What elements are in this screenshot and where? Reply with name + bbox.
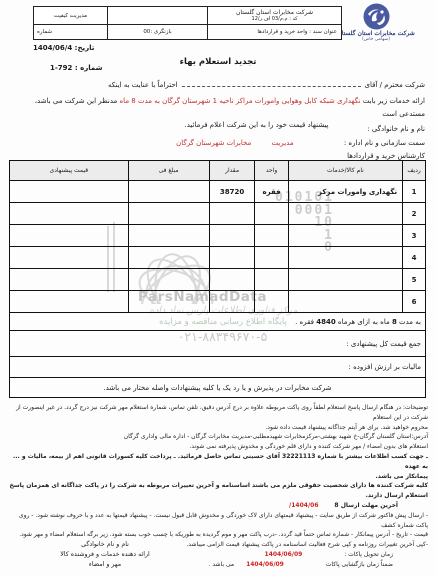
request-line: ارائه خدمات زیر بابت نگهداری شبکه کابل و… [10, 95, 425, 121]
blank-name-line [182, 86, 361, 87]
opening-suffix: می باشد . [209, 561, 235, 568]
row1-proposed-price [10, 181, 129, 203]
date-line: تاریخ: 1404/06/4 [33, 44, 94, 52]
signature-name-line: نام و نام خانوادگی [40, 540, 170, 550]
signature-provider-line: ارائه دهنده خدمات و فروشنده کالا [40, 550, 170, 560]
note-line: - ارسال پیش فاکتور شرکت از طریق سایت - پ… [6, 511, 428, 531]
items-table: ردیف نام کالا/خدمات واحد مقدار مبلغ فی ق… [9, 160, 426, 398]
table-header-row: ردیف نام کالا/خدمات واحد مقدار مبلغ فی ق… [10, 161, 426, 181]
table-row: 2 [10, 203, 426, 225]
opening-label: ضمناً زمان بازگشایی پاکات [326, 561, 393, 568]
row1-unit: فقره [255, 181, 288, 203]
deadline-line: آخرین مهلت ارسال 8 1404/06/ [6, 501, 428, 511]
document-header-box: شرکت مخابرات استان گلستان کد : م.م/03 اف… [33, 6, 342, 40]
deadline-date: 1404/06/ [289, 502, 318, 509]
col-item-name: نام کالا/خدمات [288, 161, 402, 181]
tci-logo-icon [363, 3, 390, 30]
period-note-row: به مدت 8 ماه به ازای هرماه 4840 فقره . [10, 313, 426, 331]
header-doc-code: کد : م.م/03 اف.ر/12 [252, 16, 298, 22]
header-doc-title: عنوان سند : واحد خرید و قراردادها [257, 29, 337, 35]
greeting-right: شرکت محترم / آقای [365, 81, 425, 89]
header-company-name: شرکت مخابرات استان گلستان [236, 9, 313, 16]
row6-number: 6 [403, 291, 426, 313]
table-row: 1 نگهداری وامورات مرکز فقره 38720 [10, 181, 426, 203]
logo-company-subtitle: (سهامی خاص) [328, 37, 424, 42]
rights-note-row: شرکت مخابرات در پذیرش و یا رد یک یا کلیه… [10, 378, 426, 398]
name-label: نام و نام خانوادگی : [176, 123, 425, 137]
items-table-wrap: ردیف نام کالا/خدمات واحد مقدار مبلغ فی ق… [9, 160, 426, 398]
table-row: 6 [10, 291, 426, 313]
period-months: 8 [392, 318, 397, 326]
letter-body: شرکت محترم / آقای احتراماً با عنایت به ا… [10, 81, 425, 129]
row4-number: 4 [403, 247, 426, 269]
delivery-date: 1404/06/09 [265, 551, 303, 558]
note-line: پیمانکار می باشد. [6, 472, 428, 482]
col-unit: واحد [255, 161, 288, 181]
inquiry-number-line: شماره : 792-1 [50, 64, 102, 72]
total-price-label: جمع قیمت کل پیشنهادی : [10, 331, 426, 357]
greeting-left: احتراماً با عنایت به اینکه [108, 81, 178, 89]
table-row: 3 [10, 225, 426, 247]
col-quantity: مقدار [209, 161, 255, 181]
period-note-p3: فقره . [295, 318, 314, 326]
delivery-label: زمان تحویل پاکات : [344, 551, 393, 558]
deadline-label: آخرین مهلت ارسال 8 [334, 502, 398, 509]
header-number-label: شماره [37, 29, 52, 35]
row3-number: 3 [403, 225, 426, 247]
row2-number: 2 [403, 203, 426, 225]
org-line: سمت سازمانی و نام اداره : مدیریت مخابرات… [176, 137, 425, 151]
note-line: محروم خواهید شد. برای هر آیتم جداگانه پی… [6, 423, 428, 433]
opening-date: 1404/06/09 [246, 561, 284, 568]
note-line: ـ جهت کسب اطلاعات بیشتر با شماره 3222111… [6, 452, 428, 472]
table-row: 5 [10, 269, 426, 291]
company-logo: شرکت مخابرات استان گلستان (سهامی خاص) [328, 3, 424, 42]
inquiry-document-page: 010101 0001 10 1 0 ParsNamadData مرکز فن… [0, 0, 436, 576]
period-note-p2: ماه به ازای هرماه [338, 318, 390, 326]
row1-qty: 38720 [209, 181, 255, 203]
row1-item: نگهداری وامورات مرکز [288, 181, 402, 203]
vat-row: مالیات بر ارزش افزوده : [10, 357, 426, 378]
note-line: استعلام های بدون امضاء / مهر شرکت کننده … [6, 442, 428, 452]
addressee-block: نام و نام خانوادگی : سمت سازمانی و نام ا… [176, 123, 425, 164]
org-value-management: مدیریت [272, 139, 294, 147]
header-revision: بازنگری :00 [143, 29, 171, 35]
date-label: تاریخ: [75, 44, 95, 52]
note-line: کلیه شرکت کننده ها دارای شخصیت حقوقی ملز… [6, 481, 428, 501]
org-label: سمت سازمانی و نام اداره : [344, 139, 425, 147]
rights-note: شرکت مخابرات در پذیرش و یا رد یک یا کلیه… [10, 378, 426, 398]
signature-stamp-line: مهر و امضاء [40, 560, 170, 570]
note-line: توضیحات: در هنگام ارسال پاسخ استعلام لطف… [6, 403, 428, 423]
period-note-p1: به مدت [399, 318, 421, 326]
col-row-number: ردیف [403, 161, 426, 181]
col-unit-price: مبلغ فی [128, 161, 209, 181]
row5-number: 5 [403, 269, 426, 291]
inquiry-number-value: 792-1 [50, 64, 72, 72]
total-price-row: جمع قیمت کل پیشنهادی : [10, 331, 426, 357]
signature-block: نام و نام خانوادگی ارائه دهنده خدمات و ف… [40, 540, 170, 570]
inquiry-number-label: شماره : [75, 64, 103, 72]
note-line: آدرس:استان گلستان گرگان-خ شهید بهشتی-مرک… [6, 432, 428, 442]
greeting-line: شرکت محترم / آقای احتراماً با عنایت به ا… [10, 81, 425, 89]
col-proposed-price: قیمت پیشنهادی [10, 161, 129, 181]
period-monthly-count: 4840 [316, 318, 335, 326]
service-description: نگهداری شبکه کابل وهوایی وامورات مراکز ن… [120, 97, 361, 105]
date-value: 1404/06/4 [33, 44, 72, 52]
org-value-office: مخابرات شهرستان گرگان [176, 139, 251, 147]
logo-company-name: شرکت مخابرات استان گلستان [328, 30, 424, 37]
row1-unit-price [128, 181, 209, 203]
row1-number: 1 [403, 181, 426, 203]
vat-label: مالیات بر ارزش افزوده : [10, 357, 426, 378]
note-line: قیمت - تاریخ - آدرس پیمانکار - شماره تما… [6, 530, 428, 540]
request-start: ارائه خدمات زیر بابت [363, 97, 425, 105]
header-quality-mgmt: مدیریت کیفیت [54, 13, 87, 19]
table-row: 4 [10, 247, 426, 269]
